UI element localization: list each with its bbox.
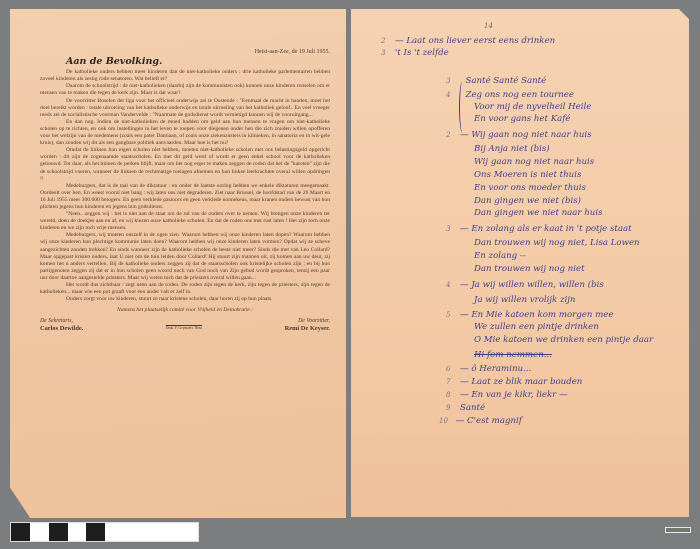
- page-number: 14: [484, 22, 493, 30]
- handwritten-line: Wij gaan nog niet naar huis: [474, 156, 594, 169]
- handwritten-line: En voor gans het Kafé: [474, 113, 571, 126]
- handwritten-line: 3— En zolang als er kaat in 't potje sta…: [446, 223, 632, 236]
- leaflet-text: Heist-aan-Zee, de 19 Juli 1955. Aan de B…: [40, 21, 330, 333]
- printer-block: Druk. F. Geymaert, Heist: [166, 327, 202, 332]
- handwritten-line: 3 Santé Santé Santé: [446, 75, 546, 88]
- chairman-name: Remi De Keyser.: [285, 325, 330, 332]
- handwritten-line: 10 — C'est magnif: [439, 415, 522, 428]
- handwritten-line: 2— Wij gaan nog niet naar huis: [446, 129, 592, 142]
- handwritten-line: Bij Anja niet (bis): [474, 143, 550, 156]
- handwritten-line: 9Santé: [446, 402, 485, 415]
- scale-swatch-white: [105, 523, 198, 541]
- handwritten-line: O Mie katoen we drinken een pintje daar: [474, 334, 653, 347]
- handwritten-line: Ons Moeren is niet thuis: [474, 169, 581, 182]
- handwritten-line: Dan gingen we niet naar huis: [474, 207, 603, 220]
- handwritten-line: 5— En Mie katoen kom morgen mee: [446, 309, 613, 322]
- scale-swatch-white: [68, 523, 86, 541]
- handwritten-line: Voor mij de nyvelheil Heile: [474, 101, 591, 114]
- handwritten-line: 2— Laat ons liever eerst eens drinken: [381, 35, 555, 48]
- paragraph: Ouders zorgt voor uw kinderen, stuurt ze…: [40, 296, 330, 303]
- signature-chairman: De Voorzitter, Remi De Keyser.: [285, 318, 330, 332]
- paragraph: Daarom de schoolstrijd : de niet-katholi…: [40, 83, 330, 97]
- handwritten-line: 8— En van je kikr, liekr —: [446, 389, 568, 402]
- scale-swatch-black: [86, 523, 105, 541]
- scale-ruler-icon: [665, 527, 691, 533]
- handwritten-line: We zullen een pintje drinken: [474, 321, 599, 334]
- color-scale-bar: [10, 522, 199, 542]
- chairman-role: De Voorzitter,: [285, 318, 330, 325]
- handwritten-line: Dan trouwen wij nog niet: [474, 263, 585, 276]
- date-line: Heist-aan-Zee, de 19 Juli 1955.: [40, 49, 330, 56]
- handwritten-line: En zolang --: [474, 250, 526, 263]
- paragraph: En dan nog. Indien de niet-katholieken d…: [40, 119, 330, 147]
- signature-secretary: De Sekretaris, Carlos Dewilde.: [40, 318, 83, 332]
- scale-swatch-black: [11, 523, 30, 541]
- printer-credit: Druk. F. Geymaert, Heist: [166, 325, 202, 332]
- paragraph: Omdat de linksen hun eigen scholen niet …: [40, 147, 330, 182]
- handwritten-line: En voor ons moeder thuis: [474, 182, 586, 195]
- secretary-role: De Sekretaris,: [40, 318, 83, 325]
- paragraph: "Neen.. zeggen wij : het is niet aan de …: [40, 211, 330, 232]
- paragraph: Het wordt dus zichtbaar : zegt neen aan …: [40, 282, 330, 296]
- handwritten-line: 7— Laat ze blik maar bouden: [446, 376, 582, 389]
- handwritten-page: 14 2— Laat ons liever eerst eens drinken…: [351, 9, 689, 517]
- paragraph: De katholieke ouders hebben meer kindere…: [40, 69, 330, 83]
- handwritten-line: Ja wij willen vrolijk zijn: [474, 294, 575, 307]
- handwritten-line: 3't Is 't zelfde: [381, 47, 449, 60]
- paragraph: De voorzitter Boselen der liga voor het …: [40, 98, 330, 119]
- handwritten-line: 4— Ja wij willen willen, willen (bis: [446, 279, 604, 292]
- paragraph: Medeburgers, dat is de taal van de dikta…: [40, 183, 330, 211]
- handwritten-line-struck: Hi fom nemmen...: [474, 349, 552, 362]
- signature-row: De Sekretaris, Carlos Dewilde. Druk. F. …: [40, 318, 330, 332]
- paragraph: Medeburgers, wij moeten onszelf in de og…: [40, 232, 330, 282]
- handwritten-line: 6— ô Heraminu...: [446, 363, 531, 376]
- closing-line: Namens het plaatselijk comité voor Vrijh…: [40, 307, 330, 314]
- handwritten-line: Dan trouwen wij nog niet, Lisa Lowen: [474, 237, 640, 250]
- headline: Aan de Bevolking.: [66, 58, 330, 65]
- handwritten-line: Dan gingen we niet (bis): [474, 195, 581, 208]
- scale-swatch-white: [30, 523, 49, 541]
- printed-leaflet-page: Heist-aan-Zee, de 19 Juli 1955. Aan de B…: [10, 9, 346, 518]
- secretary-name: Carlos Dewilde.: [40, 325, 83, 332]
- handwritten-line: 4 Zeg ons nog een tournee: [446, 89, 574, 102]
- scale-swatch-black: [49, 523, 68, 541]
